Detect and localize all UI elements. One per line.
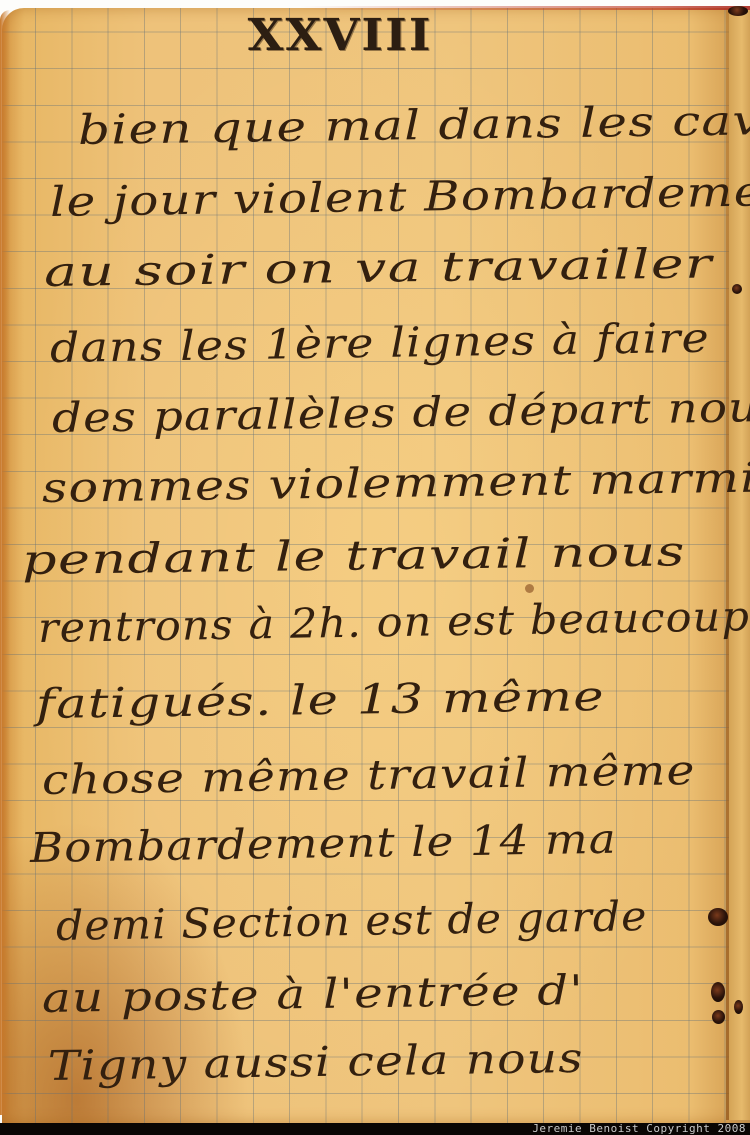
text-line: fatigués. le 13 même	[36, 676, 606, 725]
text-line: chose même travail même	[42, 750, 696, 801]
text-line: le jour violent Bombardement	[50, 171, 750, 223]
scanned-page: XXVIII bien que mal dans les caves le jo…	[0, 0, 750, 1135]
text-line: rentrons à 2h. on est beaucoup	[38, 596, 750, 649]
text-line: sommes violemment marmités	[42, 456, 750, 509]
text-line: demi Section est de garde	[56, 896, 648, 947]
text-line: bien que mal dans les caves	[78, 99, 750, 151]
text-line: Tigny aussi cela nous	[48, 1038, 584, 1087]
text-line: Bombardement le 14 ma	[30, 819, 618, 869]
text-line: dans les 1ère lignes à faire	[50, 318, 711, 369]
text-line: des parallèles de départ nous	[52, 387, 750, 439]
copyright-watermark: Jeremie Benoist Copyright 2008	[532, 1122, 746, 1135]
text-line: pendant le travail nous	[22, 531, 687, 581]
text-line: au poste à l'entrée d'	[42, 970, 585, 1019]
text-line: au soir on va travailler	[44, 243, 714, 293]
handwritten-text: bien que mal dans les caves le jour viol…	[0, 0, 750, 1135]
